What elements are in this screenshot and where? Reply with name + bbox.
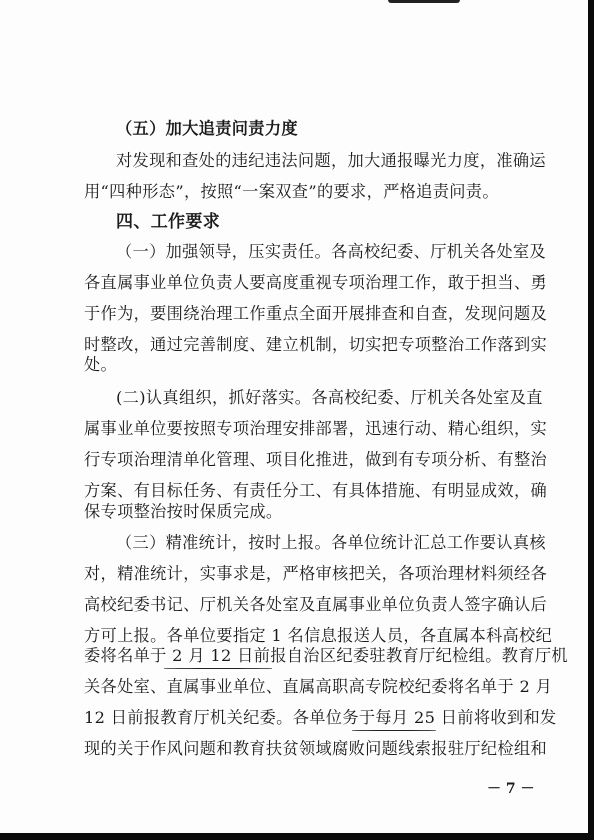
- paragraph-line: 处。: [84, 355, 534, 375]
- part-4-heading: 四、工作要求: [116, 212, 534, 232]
- paragraph-line: 关各处室、直属事业单位、直属高职高专院校纪委将名单于 2 月: [84, 677, 534, 697]
- paragraph-line: (二)认真组织，抓好落实。各高校纪委、厅机关各处室及直: [116, 388, 534, 408]
- paragraph-line: （三）精准统计，按时上报。各单位统计汇总工作要认真核: [116, 533, 534, 553]
- handwritten-underline: [352, 730, 436, 731]
- scan-border-right: [588, 0, 594, 840]
- paragraph-line: 于作为，要围绕治理工作重点全面开展排查和自查，发现问题及: [84, 304, 534, 324]
- paragraph-line: 对，精准统计，实事求是，严格审核把关，各项治理材料须经各: [84, 564, 534, 584]
- paragraph-line: 方可上报。各单位要指定 1 名信息报送人员，各直属本科高校纪: [84, 626, 534, 646]
- handwritten-underline: [164, 668, 272, 669]
- scan-artifact: [388, 0, 460, 3]
- paragraph-line: 高校纪委书记、厅机关各处室及直属事业单位负责人签字确认后: [84, 595, 534, 615]
- section-5-title: （五）加大追责问责力度: [116, 119, 534, 139]
- paragraph-line: 行专项治理清单化管理、项目化推进，做到有专项分析、有整治: [84, 450, 534, 470]
- paragraph-line: 用“四种形态”，按照“一案双查”的要求，严格追责问责。: [84, 182, 534, 202]
- scan-border-bottom: [0, 833, 594, 840]
- paragraph-line: 属事业单位要按照专项治理安排部署，迅速行动、精心组织，实: [84, 419, 534, 439]
- paragraph-line: 12 日前报教育厅机关纪委。各单位务于每月 25 日前将收到和发: [84, 708, 534, 728]
- paragraph-line: 现的关于作风问题和教育扶贫领域腐败问题线索报驻厅纪检组和: [84, 739, 534, 759]
- paragraph-line: 保专项整治按时保质完成。: [84, 502, 534, 522]
- scanned-page: （五）加大追责问责力度 对发现和查处的违纪违法问题，加大通报曝光力度，准确运 用…: [0, 0, 588, 833]
- paragraph-line: 方案、有目标任务、有责任分工、有具体措施、有明显成效，确: [84, 481, 534, 501]
- paragraph-line: 各直属事业单位负责人要高度重视专项治理工作，敢于担当、勇: [84, 273, 534, 293]
- paragraph-line: （一）加强领导，压实责任。各高校纪委、厅机关各处室及: [116, 242, 534, 262]
- paragraph-line: 委将名单于 2 月 12 日前报自治区纪委驻教育厅纪检组。教育厅机: [84, 646, 534, 666]
- paragraph-line: 时整改，通过完善制度、建立机制，切实把专项整治工作落到实: [84, 335, 534, 355]
- page-number: － 7 －: [487, 778, 535, 798]
- paragraph-line: 对发现和查处的违纪违法问题，加大通报曝光力度，准确运: [116, 151, 534, 171]
